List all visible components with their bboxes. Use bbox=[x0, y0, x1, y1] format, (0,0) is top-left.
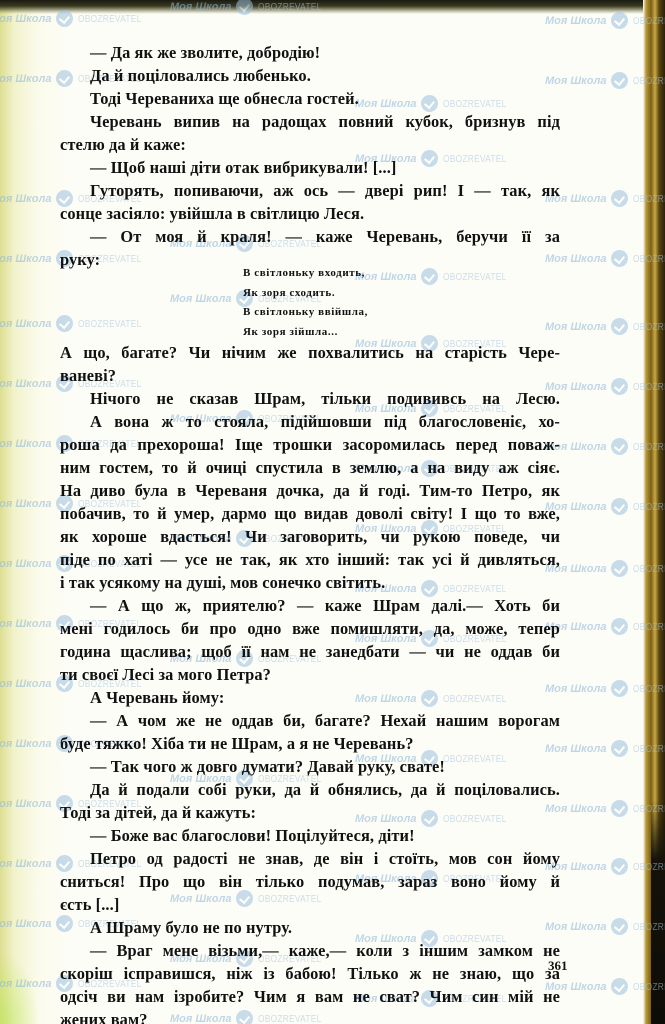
text-line: На диво була в Череваня дочка, да й годі… bbox=[60, 481, 560, 501]
text-line: ти своєї Лесі за мого Петра? bbox=[60, 665, 271, 685]
text-line: єсть [...] bbox=[60, 895, 119, 915]
text-line: як хороше вдасться! Чи заговорить, чи ру… bbox=[60, 527, 560, 547]
text-line: сонце засіяло: увійшла в світлицю Леся. bbox=[60, 204, 364, 224]
text-line: роша да прехороша! Іще трошки засоромила… bbox=[60, 435, 560, 455]
text-line: буде тяжко! Хіба ти не Шрам, а я не Чере… bbox=[60, 734, 414, 754]
text-line: стелю да й каже: bbox=[60, 135, 186, 155]
text-line: ним гостем, то й очиці спустила в землю,… bbox=[60, 458, 560, 478]
page-text: В світлоньку входить, Як зоря сходить. В… bbox=[0, 0, 665, 1024]
text-line: мені годилось би про одно вже помишляти,… bbox=[60, 619, 560, 639]
book-page: Моя ШколаOBOZREVATELМоя ШколаOBOZREVATEL… bbox=[0, 0, 665, 1024]
text-line: А вона ж то стояла, підійшовши під благо… bbox=[90, 412, 560, 432]
text-line: — Так чого ж довго думати? Давай руку, с… bbox=[90, 757, 445, 777]
text-line: Тоді за дітей, да й кажуть: bbox=[60, 803, 256, 823]
poem-line: Як зоря зійшла... bbox=[243, 322, 338, 342]
text-line: А що, багате? Чи нічим же похвалитись на… bbox=[60, 343, 560, 363]
text-line: Да й подали собі руки, да й обнялись, да… bbox=[90, 780, 560, 800]
text-line: — Щоб наші діти отак вибрикували! [...] bbox=[90, 158, 396, 178]
text-line: руку: bbox=[60, 250, 100, 270]
text-line: і так усякому на душі, мов сонечко світи… bbox=[60, 573, 385, 593]
text-line: година щаслива; щоб її нам не занедбати … bbox=[60, 642, 560, 662]
text-line: — Враг мене візьми,— каже,— коли з іншим… bbox=[90, 941, 560, 961]
poem-line: В світлоньку входить, bbox=[243, 263, 365, 283]
poem-line: Як зоря сходить. bbox=[243, 283, 335, 303]
text-line: Гуторять, попиваючи, аж ось — двері рип!… bbox=[90, 181, 560, 201]
text-line: А Черевань йому: bbox=[90, 688, 224, 708]
text-line: — Боже вас благослови! Поцілуйтеся, діти… bbox=[90, 826, 415, 846]
text-line: скоріш ісправишся, ніж із бабою! Тілько … bbox=[60, 964, 560, 984]
text-line: Тоді Череваниха ще обнесла гостей. bbox=[90, 89, 359, 109]
text-line: піде по хаті — усе не так, як хто інший:… bbox=[60, 550, 560, 570]
text-line: А Шраму було не по нутру. bbox=[90, 918, 292, 938]
text-line: жених вам? bbox=[60, 1010, 148, 1024]
text-line: ваневі? bbox=[60, 366, 116, 386]
text-line: побачив, то й умер, дармо що видав довол… bbox=[60, 504, 560, 524]
poem-line: В світлоньку ввійшла, bbox=[243, 302, 368, 322]
text-line: Черевань випив на радощах повний кубок, … bbox=[90, 112, 560, 132]
text-line: — А що ж, приятелю? — каже Шрам далі.— Х… bbox=[90, 596, 560, 616]
text-line: Петро од радості не знав, де він і стоїт… bbox=[90, 849, 560, 869]
text-line: сниться! Про що він тілько подумав, зара… bbox=[60, 872, 560, 892]
text-line: Да й поціловались любенько. bbox=[90, 66, 311, 86]
text-line: — От моя й краля! — каже Черевань, беруч… bbox=[90, 227, 560, 247]
text-line: — Да як же зволите, добродію! bbox=[90, 43, 320, 63]
page-number: 361 bbox=[548, 958, 568, 974]
text-line: — А чом же не оддав би, багате? Нехай на… bbox=[90, 711, 560, 731]
text-line: одсіч ви нам ізробите? Чим я вам не сват… bbox=[60, 987, 560, 1007]
text-line: Нічого не сказав Шрам, тільки подививсь … bbox=[90, 389, 560, 409]
